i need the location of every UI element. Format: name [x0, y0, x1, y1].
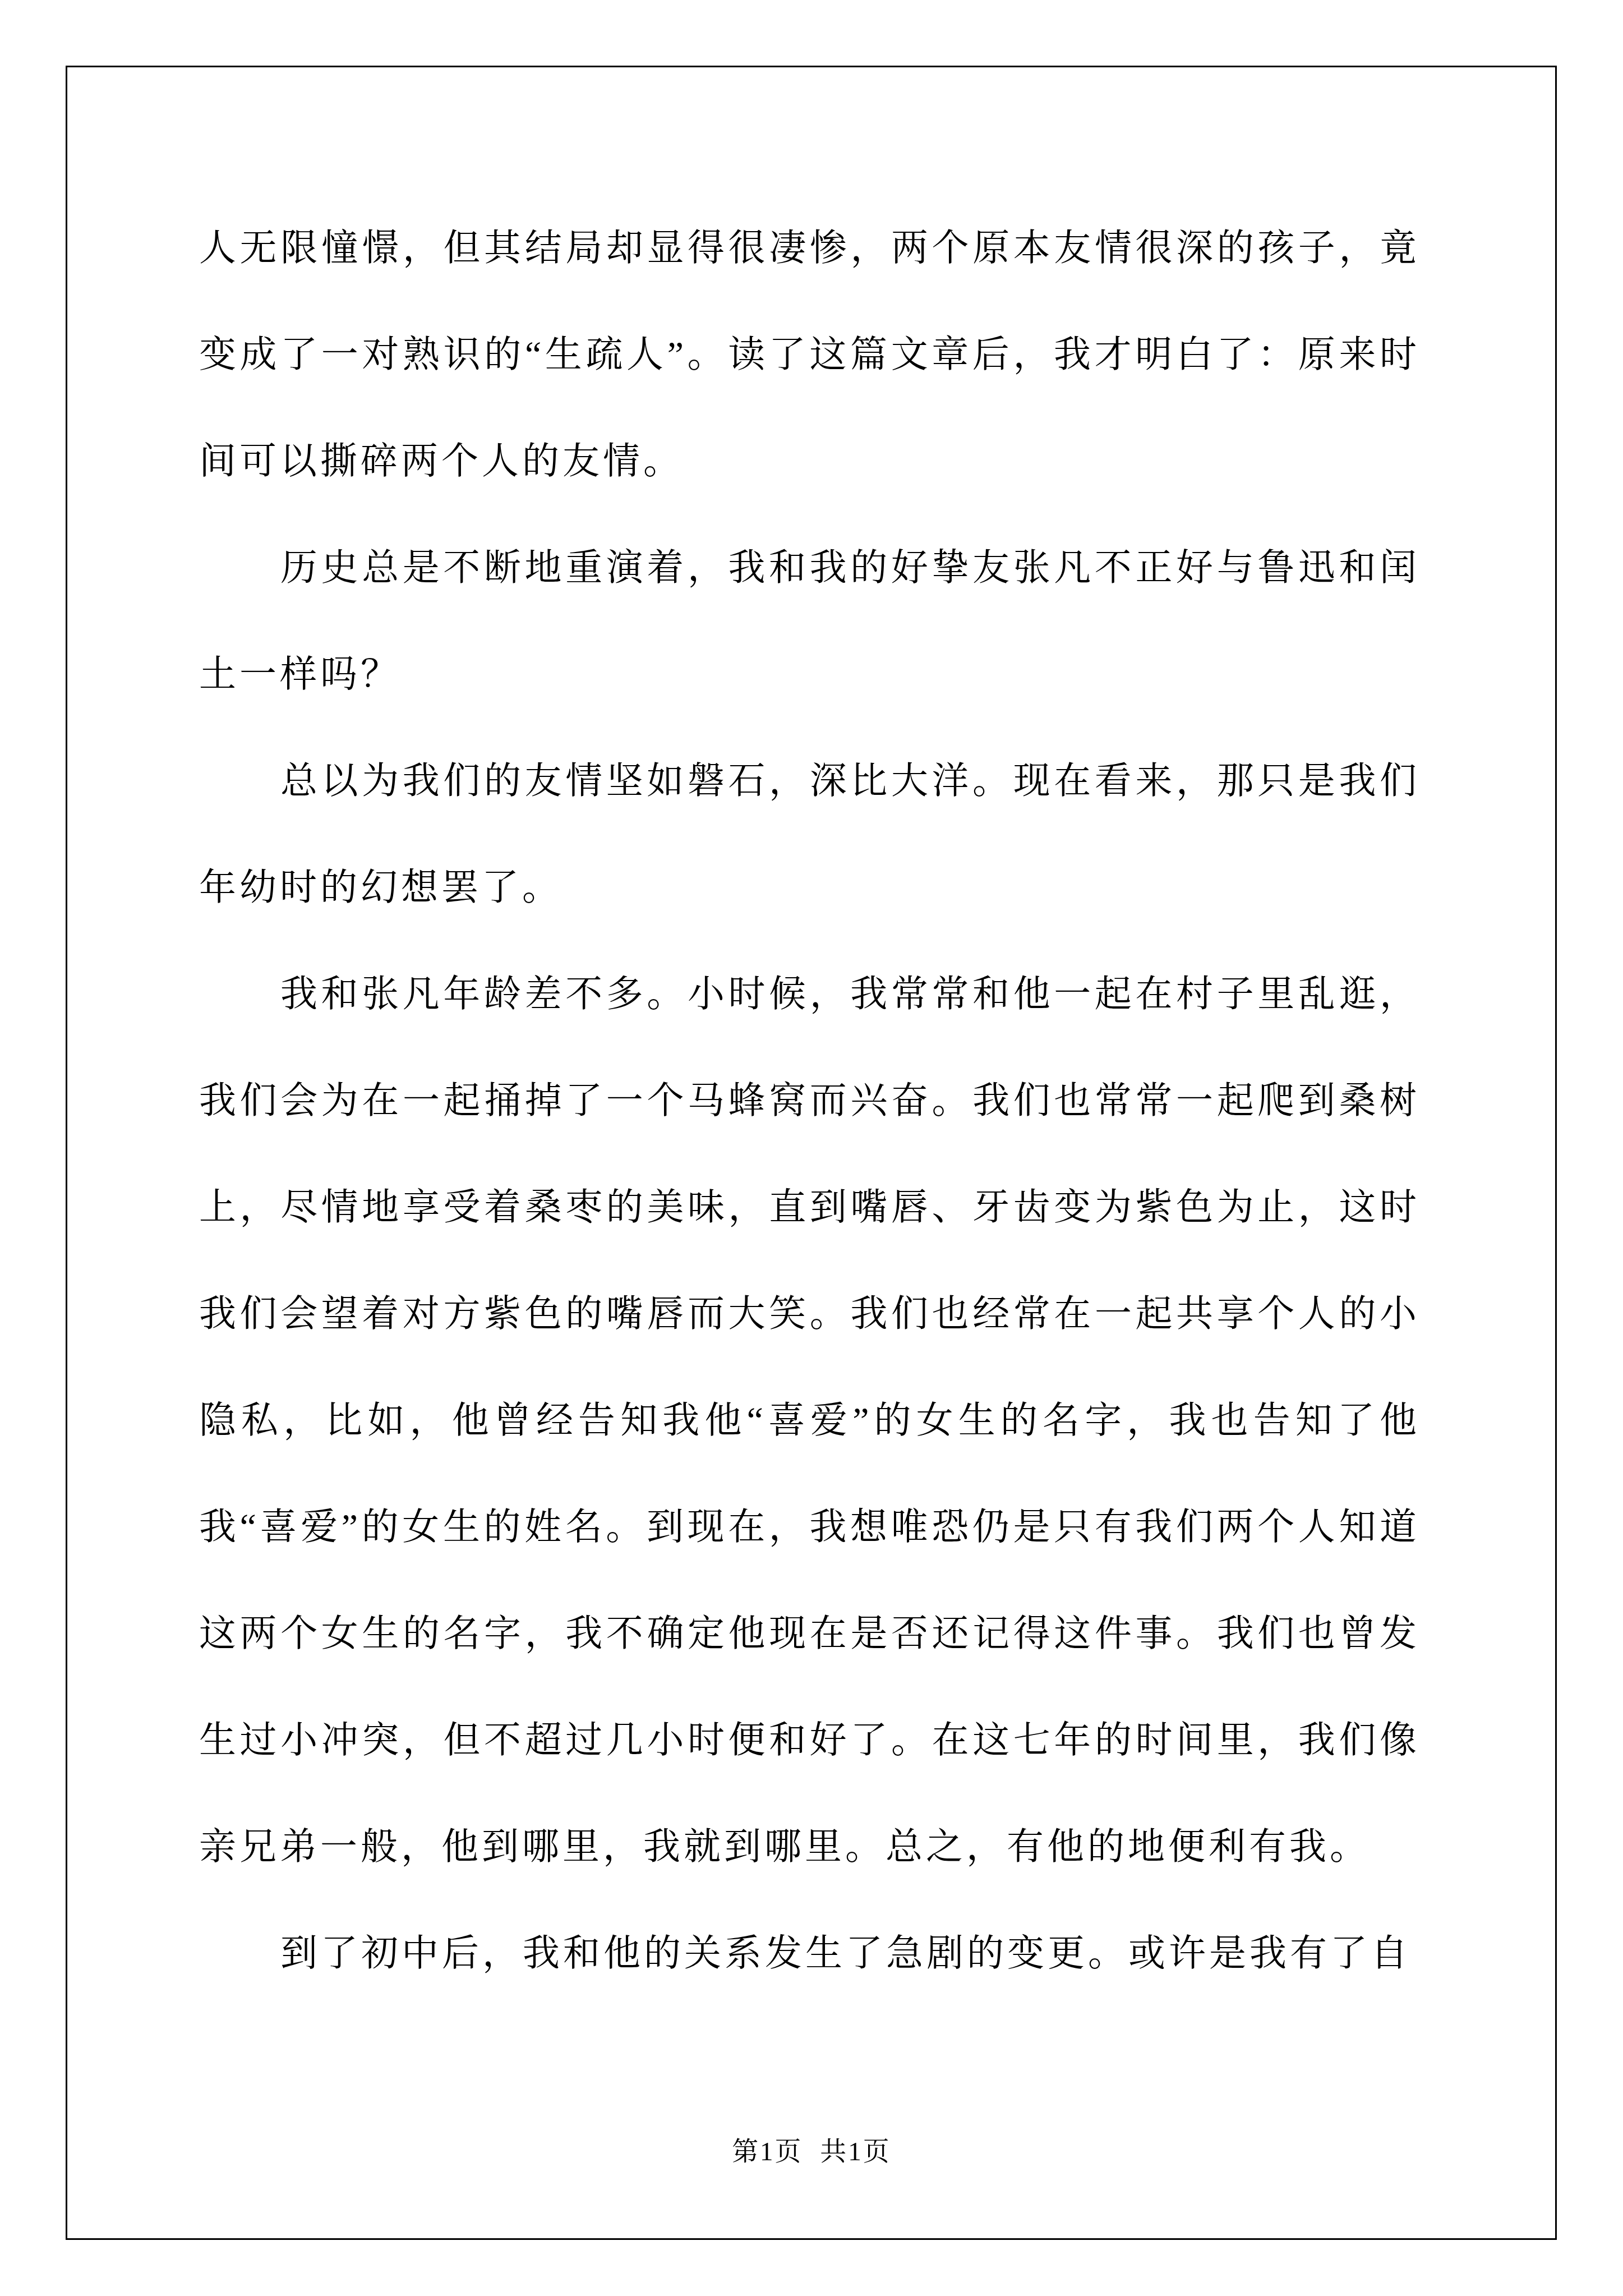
essay-body: 人无限憧憬，但其结局却显得很凄惨，两个原本友情很深的孩子，竟变成了一对熟识的“生…: [199, 195, 1420, 2007]
paragraph-4: 我和张凡年龄差不多。小时候，我常常和他一起在村子里乱逛，我们会为在一起捅掉了一个…: [199, 941, 1420, 1901]
paragraph-1: 人无限憧憬，但其结局却显得很凄惨，两个原本友情很深的孩子，竟变成了一对熟识的“生…: [199, 195, 1420, 515]
paragraph-5: 到了初中后，我和他的关系发生了急剧的变更。或许是我有了自: [199, 1901, 1420, 2007]
page-number-footer: 第1页 共1页: [0, 2131, 1623, 2168]
document-page: 人无限憧憬，但其结局却显得很凄惨，两个原本友情很深的孩子，竟变成了一对熟识的“生…: [0, 0, 1623, 2296]
paragraph-3: 总以为我们的友情坚如磐石，深比大洋。现在看来，那只是我们年幼时的幻想罢了。: [199, 728, 1420, 941]
paragraph-2: 历史总是不断地重演着，我和我的好挚友张凡不正好与鲁迅和闰土一样吗？: [199, 515, 1420, 728]
